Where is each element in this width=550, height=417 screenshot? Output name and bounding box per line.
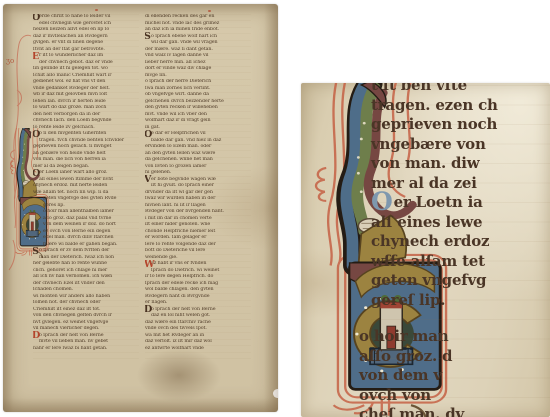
detail-text-line: mer al da zei xyxy=(371,174,550,194)
lombard-initial: O xyxy=(145,130,152,140)
lombard-initial: W xyxy=(145,260,155,270)
detail-text-line: geten vngefvg xyxy=(371,271,550,291)
lombard-initial: O xyxy=(33,130,40,140)
detail-text-line: o hoir man xyxy=(359,327,550,347)
detail-text-line: gereſ lip. xyxy=(371,291,550,311)
red-mark xyxy=(95,9,98,11)
detail-text-line: geprieven noch xyxy=(371,115,550,135)
parchment-hole xyxy=(273,389,278,398)
lombard-initial: D xyxy=(33,331,40,341)
screenshot-canvas: ʒo erde chriſt ſo nahe ſo leider viledel… xyxy=(0,0,550,417)
lombard-initial: S xyxy=(145,32,151,42)
manuscript-text-line: ez antwrte wolfhart vnde xyxy=(145,346,251,353)
manuscript-page-photo: ʒo erde chriſt ſo nahe ſo leider viledel… xyxy=(3,4,278,412)
manuscript-text-line: nahr er ſere ſwaz bi hant getan. xyxy=(33,346,139,353)
folio-number: ʒo xyxy=(6,57,14,65)
detail-text-line: von dem v xyxy=(359,366,550,386)
detail-text-line: Oer Loetn ia xyxy=(371,193,550,213)
detail-text-line: von man. diw xyxy=(371,154,550,174)
lombard-initial: V xyxy=(145,175,151,185)
lombard-initial: D xyxy=(145,305,152,315)
lombard-initial: O xyxy=(33,14,40,23)
detail-text-column: t ſt ben vſtetragen. ezen chgeprieven no… xyxy=(371,85,550,417)
detail-text-line: tragen. ezen ch xyxy=(371,96,550,116)
lombard-initial: S xyxy=(33,247,39,257)
detail-text-line: wſſe alſam tet xyxy=(371,252,550,272)
detail-text-line xyxy=(371,310,550,327)
detail-text-line: chynech erdoz xyxy=(371,232,550,252)
detail-text-line: alſ eines lewe xyxy=(371,213,550,233)
detail-text-line: ovch von xyxy=(359,386,550,406)
detail-text-line: t ſt ben vſte xyxy=(371,83,550,96)
manuscript-detail-photo: t ſt ben vſtetragen. ezen chgeprieven no… xyxy=(301,83,550,417)
blue-lombard-initial: O xyxy=(371,187,393,216)
detail-text-line: aſſo groz. d xyxy=(359,347,550,367)
lombard-initial: E xyxy=(33,52,39,62)
detail-text-line: cheſ man. dv xyxy=(359,405,550,417)
detail-text-line: vngebære von xyxy=(371,135,550,155)
red-mark xyxy=(208,10,211,12)
lombard-initial: O xyxy=(33,169,40,179)
text-column-right: di ellenden recken des gar enmichel not.… xyxy=(145,14,251,364)
text-column-left: erde chriſt ſo nahe ſo leider viledel ch… xyxy=(33,14,139,364)
